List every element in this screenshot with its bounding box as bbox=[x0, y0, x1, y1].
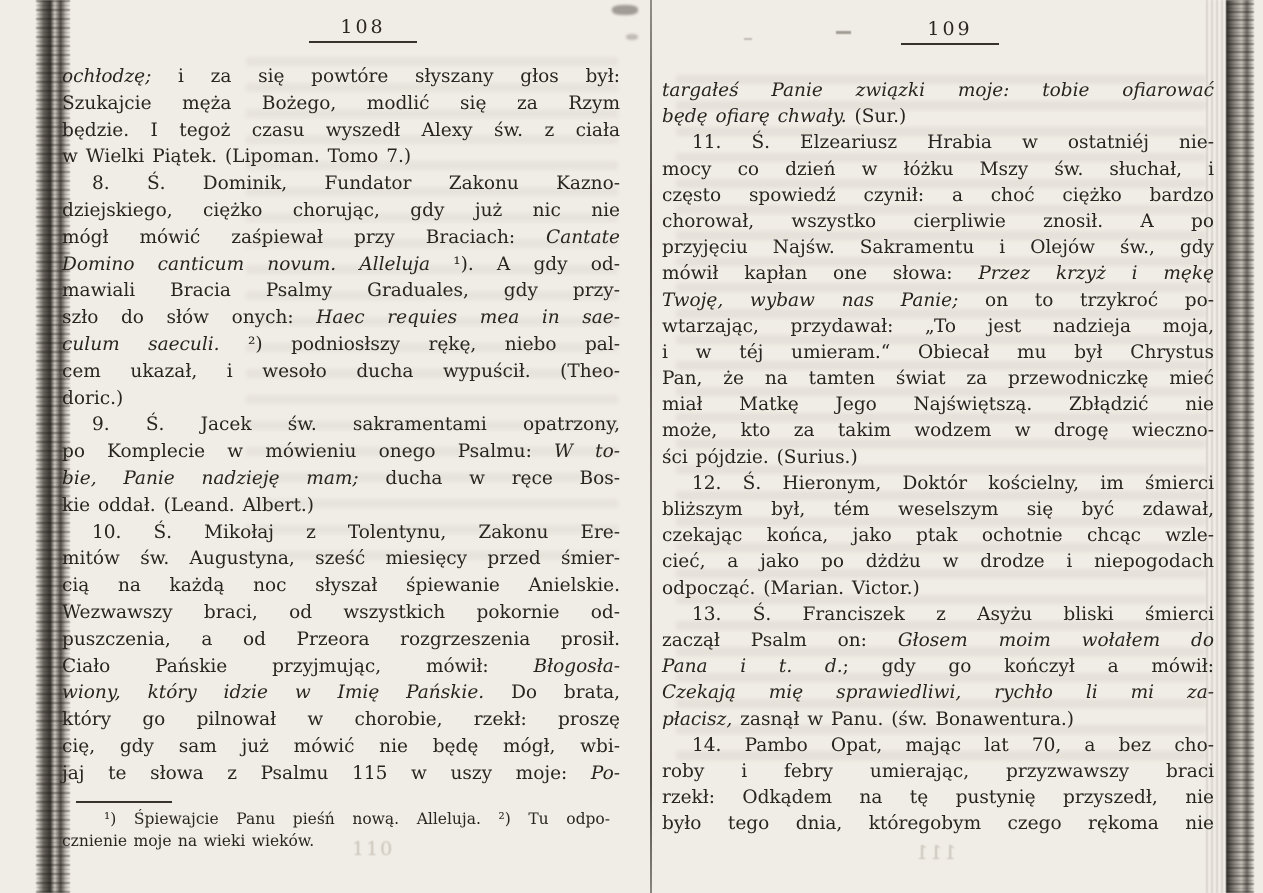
italic-text-segment: Twoję, wybaw nas Panie; bbox=[662, 290, 958, 311]
text-segment: Ciało Pańskie przyjmując, mówił: bbox=[62, 656, 534, 677]
italic-text-segment: culum saeculi. bbox=[62, 334, 220, 355]
text-segment: często spowiedź czynił: a choć ciężko ba… bbox=[662, 185, 1214, 206]
text-segment: wtarzając, przydawał: „To jest nadzieja … bbox=[662, 316, 1214, 337]
text-segment: ²) podniosłszy rękę, niebo pal- bbox=[220, 334, 620, 355]
italic-text-segment: wiony, który idzie w Imię Pańskie. bbox=[62, 682, 484, 703]
right-edge-scan-band bbox=[1226, 0, 1254, 893]
text-line: szło do słów onych: Haec requies mea in … bbox=[62, 305, 620, 332]
text-line: ¹) Śpiewajcie Panu pieśń nową. Alleluja.… bbox=[62, 808, 610, 830]
text-line: bie, Panie nadzieję mam; ducha w ręce Bo… bbox=[62, 466, 620, 493]
text-segment: będzie. I tegoż czasu wyszedł Alexy św. … bbox=[62, 120, 620, 141]
italic-text-segment: Czekają mię sprawiedliwi, rychło li mi z… bbox=[662, 682, 1214, 703]
text-segment: było tego dnia, któregobym czego rękoma … bbox=[662, 813, 1214, 834]
text-line: cieć, a jako po dżdżu w drodze i niepogo… bbox=[662, 549, 1214, 575]
text-segment: (Sur.) bbox=[847, 106, 907, 127]
left-page-footnote: ¹) Śpiewajcie Panu pieśń nową. Alleluja.… bbox=[62, 808, 610, 852]
text-line: rzekł: Odkądem na tę pustynię przyszedł,… bbox=[662, 785, 1214, 811]
text-segment: cieć, a jako po dżdżu w drodze i niepogo… bbox=[662, 551, 1214, 572]
text-line: chorował, wszystko cierpliwie znosił. A … bbox=[662, 209, 1214, 235]
right-page-header: 109 bbox=[662, 18, 1214, 45]
text-segment: po Komplecie w mówieniu onego Psalmu: bbox=[62, 441, 554, 462]
text-line: 8. Ś. Dominik, Fundator Zakonu Kazno- bbox=[62, 171, 620, 198]
text-line: będę ofiarę chwały. (Sur.) bbox=[662, 104, 1214, 130]
text-line: mocy co dzień w łóżku Mszy św. słuchał, … bbox=[662, 157, 1214, 183]
text-line: 11. Ś. Elzeariusz Hrabia w ostatniéj nie… bbox=[662, 130, 1214, 156]
italic-text-segment: ochłodzę; bbox=[62, 66, 151, 87]
text-segment: mocy co dzień w łóżku Mszy św. słuchał, … bbox=[662, 159, 1214, 180]
text-segment: doric.) bbox=[62, 388, 123, 409]
text-segment: ści pójdzie. (Surius.) bbox=[662, 447, 858, 468]
text-segment: kie oddał. (Leand. Albert.) bbox=[62, 495, 314, 516]
text-line: odpocząć. (Marian. Victor.) bbox=[662, 576, 1214, 602]
text-line: 9. Ś. Jacek św. sakramentami opatrzony, bbox=[62, 412, 620, 439]
text-line: Czekają mię sprawiedliwi, rychło li mi z… bbox=[662, 680, 1214, 706]
page-gutter-line bbox=[650, 0, 652, 893]
text-segment: Do brata, bbox=[484, 682, 620, 703]
text-line: cem ukazał, i wesoło ducha wypuścił. (Th… bbox=[62, 359, 620, 386]
text-line: płacisz, zasnął w Panu. (św. Bonawentura… bbox=[662, 707, 1214, 733]
text-segment: rzekł: Odkądem na tę pustynię przyszedł,… bbox=[662, 787, 1214, 808]
text-segment: mówił kapłan one słowa: bbox=[662, 263, 978, 284]
text-segment: roby i febry umierając, przyzwawszy brac… bbox=[662, 761, 1214, 782]
italic-text-segment: Głosem moim wołałem do bbox=[898, 630, 1214, 651]
text-line: będzie. I tegoż czasu wyszedł Alexy św. … bbox=[62, 118, 620, 145]
italic-text-segment: Pana i t. d. bbox=[662, 656, 843, 677]
text-line: Pan, że na tamten świat za przewodniczkę… bbox=[662, 366, 1214, 392]
text-line: 14. Pambo Opat, mając lat 70, a bez cho- bbox=[662, 733, 1214, 759]
text-line: 13. Ś. Franciszek z Asyżu bliski śmierci bbox=[662, 602, 1214, 628]
text-line: puszczenia, a od Przeora rozgrzeszenia p… bbox=[62, 627, 620, 654]
text-line: Szukajcie męża Bożego, modlić się za Rzy… bbox=[62, 91, 620, 118]
text-line: cznienie moje na wieki wieków. bbox=[62, 830, 610, 852]
text-segment: cię, gdy sam już mówić nie będę mógł, wb… bbox=[62, 736, 620, 757]
text-line: Twoję, wybaw nas Panie; on to trzykroć p… bbox=[662, 288, 1214, 314]
text-line: Domino canticum novum. Alleluja ¹). A gd… bbox=[62, 252, 620, 279]
text-line: jaj te słowa z Psalmu 115 w uszy moje: P… bbox=[62, 761, 620, 788]
text-segment: 11. Ś. Elzeariusz Hrabia w ostatniéj nie… bbox=[692, 132, 1214, 153]
text-line: mówił kapłan one słowa: Przez krzyż i mę… bbox=[662, 261, 1214, 287]
text-segment: mawiali Bracia Psalmy Graduales, gdy prz… bbox=[62, 280, 620, 301]
left-page-header: 108 bbox=[62, 16, 620, 43]
text-line: targałeś Panie związki moje: tobie ofiar… bbox=[662, 78, 1214, 104]
text-segment: cią na każdą noc słyszał śpiewanie Aniel… bbox=[62, 575, 620, 596]
text-line: wiony, który idzie w Imię Pańskie. Do br… bbox=[62, 680, 620, 707]
italic-text-segment: bie, Panie nadzieję mam; bbox=[62, 468, 359, 489]
left-page-body: ochłodzę; i za się powtóre słyszany głos… bbox=[62, 64, 620, 788]
italic-text-segment: będę ofiarę chwały. bbox=[662, 106, 847, 127]
text-segment: cem ukazał, i wesoło ducha wypuścił. (Th… bbox=[62, 361, 620, 382]
ghost-page-number-111: 111 bbox=[914, 842, 956, 864]
text-line: culum saeculi. ²) podniosłszy rękę, nieb… bbox=[62, 332, 620, 359]
ink-smudge bbox=[626, 34, 638, 40]
text-line: który go pilnował w chorobie, rzekł: pro… bbox=[62, 707, 620, 734]
text-segment: 14. Pambo Opat, mając lat 70, a bez cho- bbox=[692, 735, 1214, 756]
right-page-number: 109 bbox=[927, 18, 972, 40]
text-segment: który go pilnował w chorobie, rzekł: pro… bbox=[62, 709, 620, 730]
italic-text-segment: Haec requies mea in sae- bbox=[316, 307, 620, 328]
text-line: mawiali Bracia Psalmy Graduales, gdy prz… bbox=[62, 278, 620, 305]
text-segment: ; gdy go kończył a mówił: bbox=[843, 656, 1214, 677]
text-segment: on to trzykroć po- bbox=[958, 290, 1214, 311]
text-line: Ciało Pańskie przyjmując, mówił: Błogosł… bbox=[62, 654, 620, 681]
text-line: wtarzając, przydawał: „To jest nadzieja … bbox=[662, 314, 1214, 340]
text-segment: Szukajcie męża Bożego, modlić się za Rzy… bbox=[62, 93, 620, 114]
italic-text-segment: Przez krzyż i mękę bbox=[978, 263, 1214, 284]
text-line: cią na każdą noc słyszał śpiewanie Aniel… bbox=[62, 573, 620, 600]
text-segment: puszczenia, a od Przeora rozgrzeszenia p… bbox=[62, 629, 620, 650]
text-segment: przyjęciu Najśw. Sakramentu i Olejów św.… bbox=[662, 237, 1214, 258]
text-line: mitów św. Augustyna, sześć miesięcy prze… bbox=[62, 546, 620, 573]
text-segment: chorował, wszystko cierpliwie znosił. A … bbox=[662, 211, 1214, 232]
text-line: miał Matkę Jego Najświętszą. Zbłądzić ni… bbox=[662, 392, 1214, 418]
text-segment: Wezwawszy braci, od wszystkich pokornie … bbox=[62, 602, 620, 623]
text-segment: jaj te słowa z Psalmu 115 w uszy moje: bbox=[62, 763, 591, 784]
text-line: po Komplecie w mówieniu onego Psalmu: W … bbox=[62, 439, 620, 466]
italic-text-segment: targałeś Panie związki moje: tobie ofiar… bbox=[662, 80, 1214, 101]
text-segment: i w téj umieram.“ Obiecał mu był Chrystu… bbox=[662, 342, 1214, 363]
italic-text-segment: Błogosła- bbox=[534, 656, 620, 677]
right-page-body: targałeś Panie związki moje: tobie ofiar… bbox=[662, 78, 1214, 837]
text-segment: mógł mówić zaśpiewał przy Braciach: bbox=[62, 227, 546, 248]
text-line: było tego dnia, któregobym czego rękoma … bbox=[662, 811, 1214, 837]
text-segment: 13. Ś. Franciszek z Asyżu bliski śmierci bbox=[692, 604, 1214, 625]
text-line: ści pójdzie. (Surius.) bbox=[662, 445, 1214, 471]
text-line: roby i febry umierając, przyzwawszy brac… bbox=[662, 759, 1214, 785]
text-line: dziejskiego, ciężko chorując, gdy już ni… bbox=[62, 198, 620, 225]
text-segment: ¹). A gdy od- bbox=[430, 254, 620, 275]
text-segment: miał Matkę Jego Najświętszą. Zbłądzić ni… bbox=[662, 394, 1214, 415]
italic-text-segment: W to- bbox=[554, 441, 620, 462]
ghost-page-number-110: 110 bbox=[352, 838, 394, 860]
italic-text-segment: płacisz, bbox=[662, 709, 732, 730]
text-segment: ducha w ręce Bos- bbox=[359, 468, 620, 489]
text-segment: bliższym był, tém weselszym się być zdaw… bbox=[662, 499, 1214, 520]
text-line: może, kto za takim wodzem w drogę wieczn… bbox=[662, 418, 1214, 444]
text-line: czekając końca, jako ptak ochotnie chcąc… bbox=[662, 523, 1214, 549]
text-segment: w Wielki Piątek. (Lipoman. Tomo 7.) bbox=[62, 146, 411, 167]
text-segment: i za się powtóre słyszany głos był: bbox=[151, 66, 620, 87]
text-line: 10. Ś. Mikołaj z Tolentynu, Zakonu Ere- bbox=[62, 520, 620, 547]
text-segment: czekając końca, jako ptak ochotnie chcąc… bbox=[662, 525, 1214, 546]
text-line: często spowiedź czynił: a choć ciężko ba… bbox=[662, 183, 1214, 209]
italic-text-segment: Domino canticum novum. Alleluja bbox=[62, 254, 430, 275]
ink-smudge bbox=[612, 5, 638, 15]
scanned-book-page: { "document": { "type": "scanned-book-sp… bbox=[0, 0, 1263, 893]
text-segment: 12. Ś. Hieronym, Doktór kościelny, im śm… bbox=[692, 473, 1214, 494]
footnote-rule bbox=[76, 801, 172, 803]
text-line: zaczął Psalm on: Głosem moim wołałem do bbox=[662, 628, 1214, 654]
text-line: w Wielki Piątek. (Lipoman. Tomo 7.) bbox=[62, 144, 620, 171]
text-segment: zaczął Psalm on: bbox=[662, 630, 898, 651]
text-segment: dziejskiego, ciężko chorując, gdy już ni… bbox=[62, 200, 620, 221]
text-line: doric.) bbox=[62, 386, 620, 413]
text-line: bliższym był, tém weselszym się być zdaw… bbox=[662, 497, 1214, 523]
text-segment: 9. Ś. Jacek św. sakramentami opatrzony, bbox=[92, 414, 620, 435]
text-segment: może, kto za takim wodzem w drogę wieczn… bbox=[662, 420, 1214, 441]
text-segment: ¹) Śpiewajcie Panu pieśń nową. Alleluja.… bbox=[104, 810, 610, 828]
text-line: Wezwawszy braci, od wszystkich pokornie … bbox=[62, 600, 620, 627]
left-page-number-rule bbox=[309, 41, 417, 43]
text-line: cię, gdy sam już mówić nie będę mógł, wb… bbox=[62, 734, 620, 761]
text-line: Pana i t. d.; gdy go kończył a mówił: bbox=[662, 654, 1214, 680]
text-line: kie oddał. (Leand. Albert.) bbox=[62, 493, 620, 520]
text-line: i w téj umieram.“ Obiecał mu był Chrystu… bbox=[662, 340, 1214, 366]
left-page-number: 108 bbox=[340, 16, 385, 38]
text-segment: cznienie moje na wieki wieków. bbox=[62, 832, 314, 850]
italic-text-segment: Po- bbox=[591, 763, 620, 784]
text-line: ochłodzę; i za się powtóre słyszany głos… bbox=[62, 64, 620, 91]
right-page-number-rule bbox=[901, 43, 999, 45]
text-segment: zasnął w Panu. (św. Bonawentura.) bbox=[732, 709, 1074, 730]
text-line: mógł mówić zaśpiewał przy Braciach: Cant… bbox=[62, 225, 620, 252]
text-segment: 10. Ś. Mikołaj z Tolentynu, Zakonu Ere- bbox=[92, 522, 620, 543]
text-segment: Pan, że na tamten świat za przewodniczkę… bbox=[662, 368, 1214, 389]
italic-text-segment: Cantate bbox=[546, 227, 620, 248]
text-segment: odpocząć. (Marian. Victor.) bbox=[662, 578, 920, 599]
text-segment: mitów św. Augustyna, sześć miesięcy prze… bbox=[62, 548, 620, 569]
text-segment: 8. Ś. Dominik, Fundator Zakonu Kazno- bbox=[92, 173, 620, 194]
text-segment: szło do słów onych: bbox=[62, 307, 316, 328]
text-line: 12. Ś. Hieronym, Doktór kościelny, im śm… bbox=[662, 471, 1214, 497]
text-line: przyjęciu Najśw. Sakramentu i Olejów św.… bbox=[662, 235, 1214, 261]
